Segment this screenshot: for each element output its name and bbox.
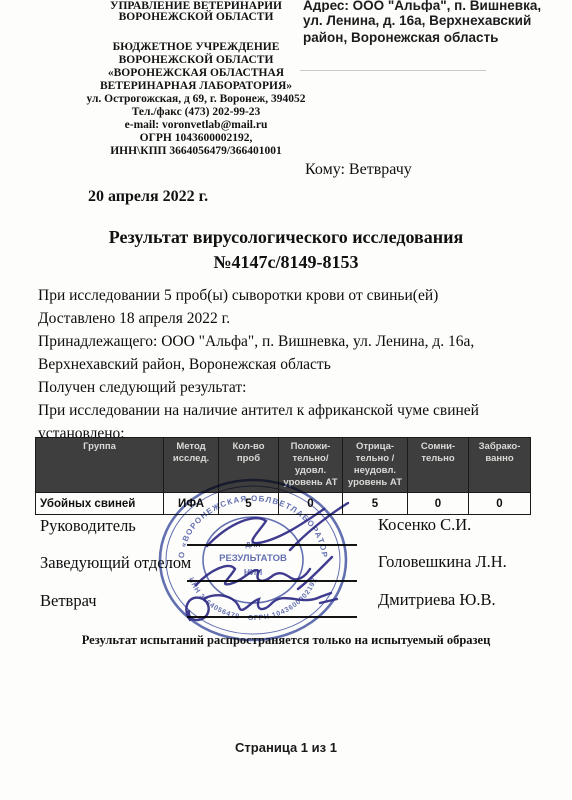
signature-name-head-of-dept: Головешкина Л.Н. <box>378 552 507 572</box>
page-number: Страница 1 из 1 <box>0 740 572 755</box>
recipient-addr-line1-clipped: Адрес: ООО "Альфа", п. Вишневка, <box>303 0 553 12</box>
signature-line-head-of-dept <box>187 580 357 582</box>
scanned-document-page: УПРАВЛЕНИЕ ВЕТЕРИНАРИИ ВОРОНЕЖСКОЙ ОБЛАС… <box>0 0 572 800</box>
col-header-group: Группа <box>36 438 164 493</box>
body-p3-line2: Верхнехавский район, Воронежская область <box>38 353 548 376</box>
stamp-inner-text-line2: РЕЗУЛЬТАТОВ <box>219 553 287 564</box>
issuer-email: e-mail: voronvetlab@mail.ru <box>55 119 337 132</box>
issuer-block: УПРАВЛЕНИЕ ВЕТЕРИНАРИИ ВОРОНЕЖСКОЙ ОБЛАС… <box>55 0 337 158</box>
document-title: Результат вирусологического исследования… <box>0 225 572 275</box>
signature-role-director: Руководитель <box>40 516 136 536</box>
issuer-dept-line1: УПРАВЛЕНИЕ ВЕТЕРИНАРИИ <box>55 0 337 11</box>
col-header-doubtful: Сомни- тельно <box>408 438 469 493</box>
issuer-inn-kpp: ИНН\КПП 3664056479/366401001 <box>55 145 337 158</box>
results-table: Группа Метод исслед. Кол-во проб Положи-… <box>35 437 531 515</box>
cell-group: Убойных свиней <box>36 493 164 515</box>
ink-signature-head-of-dept <box>196 557 332 589</box>
cell-method: ИФА <box>164 493 219 515</box>
issuer-ogrn: ОГРН 1043600002192, <box>55 132 337 145</box>
signature-name-director: Косенко С.И. <box>378 515 471 535</box>
address-underline-rule <box>300 70 486 71</box>
cell-doubtful: 0 <box>408 493 469 515</box>
recipient-addr-line1: Адрес: ООО "Альфа", п. Вишневка, <box>303 0 553 12</box>
col-header-rejected: Забрако- ванно <box>469 438 531 493</box>
signature-line-director <box>187 544 357 546</box>
table-row: Убойных свиней ИФА 5 0 5 0 0 <box>36 493 531 515</box>
col-header-method: Метод исслед. <box>164 438 219 493</box>
body-p2: Доставлено 18 апреля 2022 г. <box>38 307 548 330</box>
issuer-address: ул. Острогожская, д 69, г. Воронеж, 3940… <box>55 93 337 106</box>
issuer-org-line1: БЮДЖЕТНОЕ УЧРЕЖДЕНИЕ <box>55 41 337 54</box>
signature-role-head-of-dept: Заведующий отделом <box>40 553 191 573</box>
col-header-negative: Отрица- тельно / неудовл. уровень АТ <box>343 438 408 493</box>
cell-rejected: 0 <box>469 493 531 515</box>
spacer <box>55 24 337 41</box>
body-p5-line1: При исследовании на наличие антител к аф… <box>38 399 548 422</box>
cell-samples: 5 <box>219 493 279 515</box>
issuer-org-line2: ВОРОНЕЖСКОЙ ОБЛАСТИ <box>55 54 337 67</box>
body-p4: Получен следующий результат: <box>38 376 548 399</box>
col-header-samples: Кол-во проб <box>219 438 279 493</box>
cell-negative: 5 <box>343 493 408 515</box>
body-p1: При исследовании 5 проб(ы) сыворотки кро… <box>38 284 548 307</box>
disclaimer-text: Результат испытаний распространяется тол… <box>0 633 572 648</box>
signature-role-vet: Ветврач <box>40 591 97 611</box>
issuer-org-line3: «ВОРОНЕЖСКАЯ ОБЛАСТНАЯ <box>55 67 337 80</box>
document-number: №4147с/8149-8153 <box>0 250 572 275</box>
stamp-inner-ring <box>203 517 303 603</box>
document-date: 20 апреля 2022 г. <box>88 188 208 206</box>
issuer-dept-line2: ВОРОНЕЖСКОЙ ОБЛАСТИ <box>55 11 337 24</box>
recipient-addr-line2: ул. Ленина, д. 16а, Верхнехавский <box>303 12 553 29</box>
to-whom-line: Кому: Ветврачу <box>305 161 412 179</box>
recipient-addr-line3: район, Воронежская область <box>303 29 553 46</box>
col-header-positive: Положи- тельно/ удовл. уровень АТ <box>279 438 343 493</box>
signature-line-vet <box>187 616 357 618</box>
document-title-line1: Результат вирусологического исследования <box>0 225 572 250</box>
issuer-org-line4: ВЕТЕРИНАРНАЯ ЛАБОРАТОРИЯ» <box>55 80 337 93</box>
recipient-address-block: Адрес: ООО "Альфа", п. Вишневка, ул. Лен… <box>303 0 553 46</box>
issuer-dept-line1-clipped: УПРАВЛЕНИЕ ВЕТЕРИНАРИИ <box>55 0 337 11</box>
results-table-header-row: Группа Метод исслед. Кол-во проб Положи-… <box>36 438 531 493</box>
issuer-phone: Тел./факс (473) 202-99-23 <box>55 106 337 119</box>
body-text: При исследовании 5 проб(ы) сыворотки кро… <box>38 284 548 445</box>
cell-positive: 0 <box>279 493 343 515</box>
stamp-inner-text-line3: НИИ <box>244 567 262 577</box>
body-p3-line1: Принадлежащего: ООО "Альфа", п. Вишневка… <box>38 330 548 353</box>
signature-name-vet: Дмитриева Ю.В. <box>378 590 496 610</box>
